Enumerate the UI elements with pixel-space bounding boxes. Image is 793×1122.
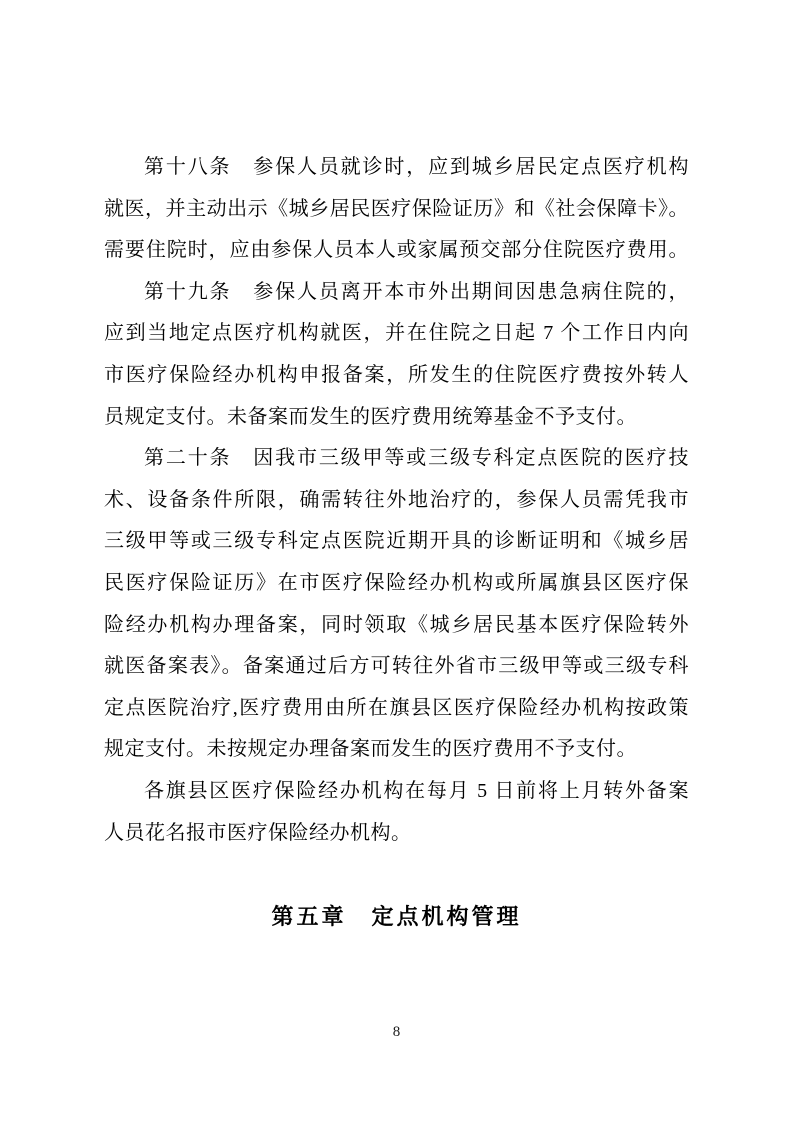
document-body: 第十八条 参保人员就诊时，应到城乡居民定点医疗机构 就医，并主动出示《城乡居民医… <box>104 147 689 937</box>
paragraph-article-18: 第十八条 参保人员就诊时，应到城乡居民定点医疗机构 就医，并主动出示《城乡居民医… <box>104 147 689 272</box>
document-page: 第十八条 参保人员就诊时，应到城乡居民定点医疗机构 就医，并主动出示《城乡居民医… <box>0 0 793 1122</box>
paragraph-article-20: 第二十条 因我市三级甲等或三级专科定点医院的医疗技 术、设备条件所限，确需转往外… <box>104 438 689 771</box>
paragraph-line: 术、设备条件所限，确需转往外地治疗的，参保人员需凭我市 <box>104 480 689 522</box>
paragraph-line: 员规定支付。未备案而发生的医疗费用统筹基金不予支付。 <box>104 397 689 439</box>
chapter-heading: 第五章 定点机构管理 <box>104 896 689 938</box>
paragraph-monthly-report: 各旗县区医疗保险经办机构在每月 5 日前将上月转外备案 人员花名报市医疗保险经办… <box>104 771 689 854</box>
paragraph-line: 需要住院时，应由参保人员本人或家属预交部分住院医疗费用。 <box>104 230 689 272</box>
paragraph-line: 人员花名报市医疗保险经办机构。 <box>104 813 689 855</box>
paragraph-line: 各旗县区医疗保险经办机构在每月 5 日前将上月转外备案 <box>104 771 689 813</box>
paragraph-line: 第十九条 参保人员离开本市外出期间因患急病住院的， <box>104 272 689 314</box>
paragraph-line: 第十八条 参保人员就诊时，应到城乡居民定点医疗机构 <box>104 147 689 189</box>
paragraph-line: 就医，并主动出示《城乡居民医疗保险证历》和《社会保障卡》。 <box>104 189 689 231</box>
paragraph-line: 第二十条 因我市三级甲等或三级专科定点医院的医疗技 <box>104 438 689 480</box>
paragraph-line: 规定支付。未按规定办理备案而发生的医疗费用不予支付。 <box>104 729 689 771</box>
paragraph-line: 市医疗保险经办机构申报备案，所发生的住院医疗费按外转人 <box>104 355 689 397</box>
paragraph-line: 应到当地定点医疗机构就医，并在住院之日起 7 个工作日内向 <box>104 313 689 355</box>
paragraph-line: 民医疗保险证历》在市医疗保险经办机构或所属旗县区医疗保 <box>104 563 689 605</box>
paragraph-article-19: 第十九条 参保人员离开本市外出期间因患急病住院的， 应到当地定点医疗机构就医，并… <box>104 272 689 438</box>
paragraph-line: 定点医院治疗,医疗费用由所在旗县区医疗保险经办机构按政策 <box>104 688 689 730</box>
paragraph-line: 三级甲等或三级专科定点医院近期开具的诊断证明和《城乡居 <box>104 521 689 563</box>
page-number: 8 <box>0 1022 793 1042</box>
paragraph-line: 险经办机构办理备案，同时领取《城乡居民基本医疗保险转外 <box>104 605 689 647</box>
paragraph-line: 就医备案表》。备案通过后方可转往外省市三级甲等或三级专科 <box>104 646 689 688</box>
